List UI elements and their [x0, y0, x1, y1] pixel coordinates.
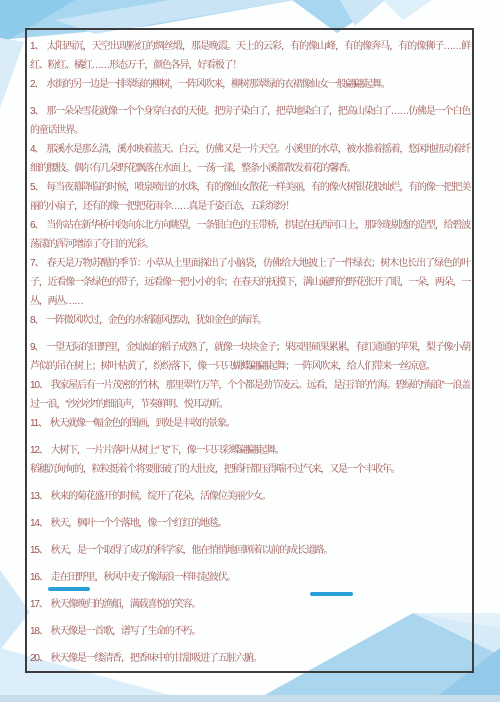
item-number: 7、	[30, 258, 44, 269]
item-number: 18、	[30, 626, 48, 637]
list-item: 18、秋天像是一首歌，谱写了生命的不朽。	[30, 622, 470, 641]
item-number: 6、	[30, 220, 43, 231]
item-number: 5、	[30, 182, 43, 193]
item-text: 一望无际的田野里，金灿灿的稻子成熟了，就像一块块金子；果园里硕果累累，有红通通的…	[30, 342, 470, 372]
item-text: 秋天像是一首歌，谱写了生命的不朽。	[51, 626, 201, 637]
page: { "content": { "items": [ { "num": "1、",…	[0, 0, 500, 702]
list-item: 20、秋天像是一缕清香，把香味中的甘甜吸进了五脏六腑。	[30, 649, 470, 668]
list-item: 17、秋天像晚归的渔船，满载喜悦的笑容。	[30, 595, 470, 614]
item-number: 4、	[30, 144, 43, 155]
item-text: 水街的另一边是一排翠绿的柳树，一阵风吹来，柳树那翠绿的衣裙像仙女一般翩翩起舞。	[46, 79, 389, 90]
list-item: 1、太阳西沉，天空出现粉红的绸丝缎，那是晚霞。天上的云彩，有的像山峰，有的像奔马…	[30, 37, 470, 75]
list-item: 4、那溪水是那么清，溪水映着蓝天、白云，仿佛又是一片天空。小溪里的水草，被水推着…	[30, 140, 470, 178]
list-item: 16、走在田野里，秋风中麦子像海浪一样时起彼伏。	[30, 568, 470, 587]
item-number: 17、	[30, 599, 48, 610]
list-item: 13、秋来的菊花盛开的时候，绽开了花朵，活像位美丽少女。	[30, 487, 470, 506]
item-number: 1、	[30, 41, 44, 52]
top-faint-triangle	[0, 0, 500, 22]
item-text: 走在田野里，秋风中麦子像海浪一样时起彼伏。	[51, 572, 236, 583]
list-item: 12、大树下，一片片落叶从树上“飞”下，像一只只彩蝶翩翩起舞。	[30, 441, 470, 460]
list-item-unnumbered: 稻穗沉甸甸的，粒粒挺着个将要胀破了的大肚皮，把稻秆都压得喘不过气来，又是一个丰收…	[30, 460, 470, 479]
list-item: 15、秋天，是一个取得了成功的科学家，他在悄悄地回顾着以前的成长道路。	[30, 541, 470, 560]
list-item: 2、水街的另一边是一排翠绿的柳树，一阵风吹来，柳树那翠绿的衣裙像仙女一般翩翩起舞…	[30, 75, 470, 94]
list-item: 14、秋天，枫叶一个个落地，像一个红红的地毯。	[30, 514, 470, 533]
item-number: 3、	[30, 106, 43, 117]
document-frame: 1、太阳西沉，天空出现粉红的绸丝缎，那是晚霞。天上的云彩，有的像山峰，有的像奔马…	[25, 28, 474, 673]
list-item: 9、一望无际的田野里，金灿灿的稻子成熟了，就像一块块金子；果园里硕果累累，有红通…	[30, 338, 470, 376]
item-number: 12、	[30, 445, 48, 456]
item-number: 8、	[30, 315, 43, 326]
list-item: 10、我家屋后有一片茂密的竹林，那里翠竹万竿，个个都是劲节凌云。远看，是汪洋的竹…	[30, 376, 470, 414]
list-item: 6、当你站在新华桥中段向东北方向眺望，一条银白色的玉带桥，拱起在抚西河口上，那玲…	[30, 216, 470, 254]
item-text: 那一朵朵雪花就像一个个身穿白衣的天使。把房子染白了，把草地染白了，把高山染白了……	[30, 106, 470, 136]
item-number: 11、	[30, 418, 47, 429]
list-item: 5、每当夜幕降临的时候，喷泉喷出的水珠，有的像仙女散花一样美丽，有的像火树银花般…	[30, 178, 470, 216]
item-text: 春天是万物苏醒的季节：小草从土里面探出了小脑袋，仿佛给大地披上了一件绿衣；树木也…	[30, 258, 470, 307]
list-item: 3、那一朵朵雪花就像一个个身穿白衣的天使。把房子染白了，把草地染白了，把高山染白…	[30, 102, 470, 140]
item-text: 我家屋后有一片茂密的竹林，那里翠竹万竿，个个都是劲节凌云。远看，是汪洋的竹海。碧…	[30, 380, 470, 410]
item-number: 13、	[30, 491, 48, 502]
item-text: 秋天就像一幅金色的图画，到处是丰收的景象。	[50, 418, 235, 429]
item-text: 秋天，是一个取得了成功的科学家，他在悄悄地回顾着以前的成长道路。	[51, 545, 333, 556]
blue-underline-mark	[48, 587, 90, 591]
item-number: 10、	[30, 380, 48, 391]
item-text: 太阳西沉，天空出现粉红的绸丝缎，那是晚霞。天上的云彩，有的像山峰，有的像奔马，有…	[30, 41, 470, 71]
item-text: 大树下，一片片落叶从树上“飞”下，像一只只彩蝶翩翩起舞。	[51, 445, 284, 456]
bottom-edge-strip	[0, 695, 500, 702]
list-item: 11、秋天就像一幅金色的图画，到处是丰收的景象。	[30, 414, 470, 433]
top-down-triangle-light	[0, 0, 500, 30]
item-number: 9、	[30, 342, 43, 353]
item-number: 14、	[30, 518, 48, 529]
item-text: 每当夜幕降临的时候，喷泉喷出的水珠，有的像仙女散花一样美丽，有的像火树银花般灿烂…	[30, 182, 470, 212]
item-text: 秋来的菊花盛开的时候，绽开了花朵，活像位美丽少女。	[51, 491, 271, 502]
blue-underline-mark	[310, 592, 353, 596]
item-text: 当你站在新华桥中段向东北方向眺望，一条银白色的玉带桥，拱起在抚西河口上，那玲珑剔…	[30, 220, 470, 250]
item-text: 一阵微风吹过，金色的水稻随风摆动，犹如金色的海洋。	[46, 315, 266, 326]
item-number: 20、	[30, 653, 48, 664]
list-item: 7、春天是万物苏醒的季节：小草从土里面探出了小脑袋，仿佛给大地披上了一件绿衣；树…	[30, 254, 470, 311]
item-text: 那溪水是那么清，溪水映着蓝天、白云，仿佛又是一片天空。小溪里的水草，被水推着摇着…	[30, 144, 470, 174]
list-item: 8、一阵微风吹过，金色的水稻随风摆动，犹如金色的海洋。	[30, 311, 470, 330]
item-number: 2、	[30, 79, 43, 90]
item-text: 秋天像是一缕清香，把香味中的甘甜吸进了五脏六腑。	[51, 653, 262, 664]
item-text: 秋天，枫叶一个个落地，像一个红红的地毯。	[51, 518, 227, 529]
item-number: 15、	[30, 545, 48, 556]
item-text: 秋天像晚归的渔船，满载喜悦的笑容。	[51, 599, 201, 610]
item-text: 稻穗沉甸甸的，粒粒挺着个将要胀破了的大肚皮，把稻秆都压得喘不过气来，又是一个丰收…	[30, 464, 400, 475]
item-number: 16、	[30, 572, 48, 583]
